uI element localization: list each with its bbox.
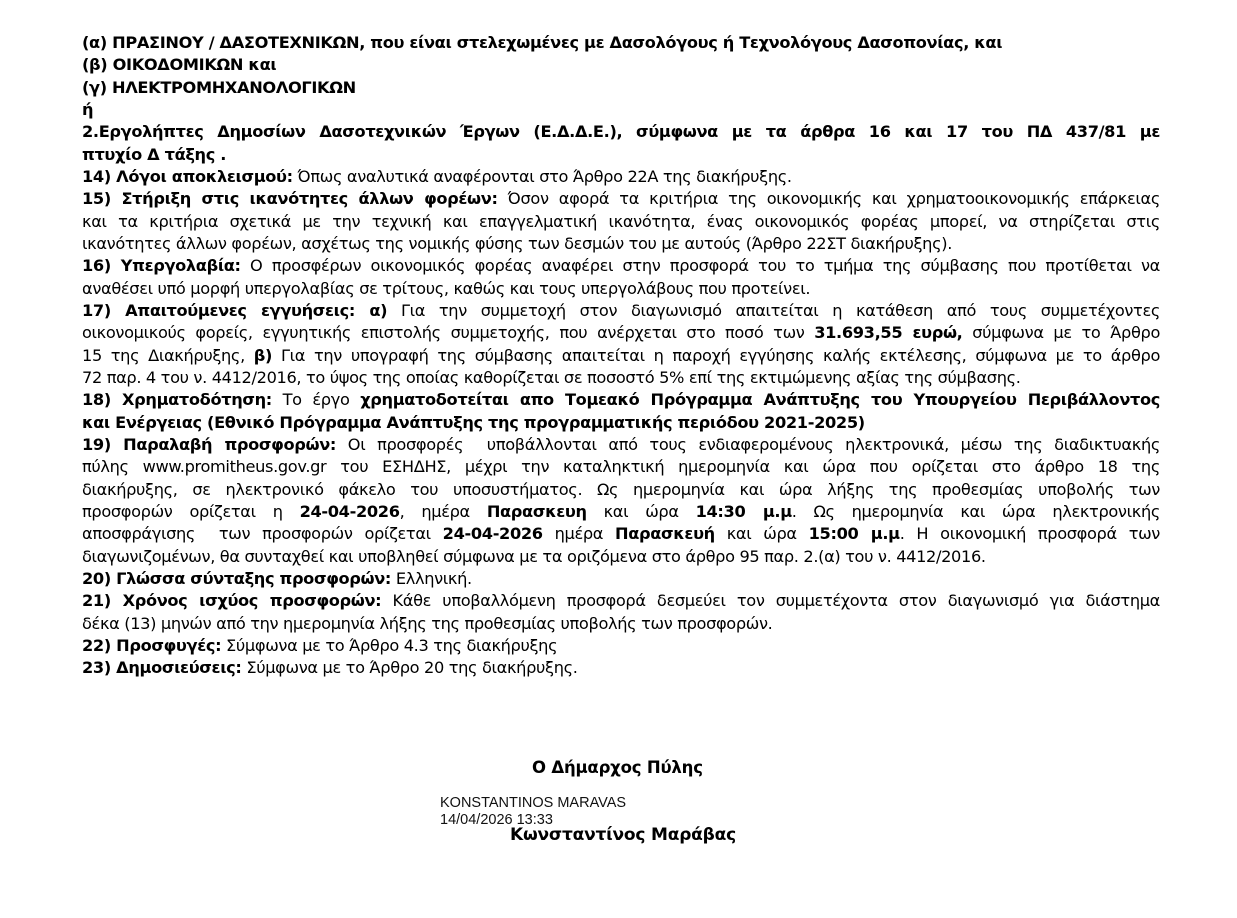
section-16-line1: 16) Υπεργολαβία: Ο προσφέρων οικονομικός… (82, 256, 1160, 276)
signatory-name: Κωνσταντίνος Μαράβας (510, 825, 736, 845)
contractors-paragraph-line1: 2.Εργολήπτες Δημοσίων Δασοτεχνικών Έργων… (82, 122, 1160, 142)
section-15-line2: και τα κριτήρια σχετικά με την τεχνική κ… (82, 212, 1160, 232)
section-19-text: , ημέρα (400, 502, 487, 521)
section-19-text: Οι προσφορές υποβάλλονται από τους ενδια… (336, 435, 1160, 454)
guarantee-amount: 31.693,55 ευρώ, (814, 323, 962, 342)
section-23-text: Σύμφωνα με το Άρθρο 20 της διακήρυξης. (242, 658, 578, 677)
section-17-text: Για την συμμετοχή στον διαγωνισμό απαιτε… (387, 301, 1160, 320)
opening-day: Παρασκευή (615, 524, 715, 543)
section-20-heading: 20) Γλώσσα σύνταξης προσφορών: (82, 569, 391, 588)
section-22-heading: 22) Προσφυγές: (82, 636, 221, 655)
section-19-text: και ώρα (715, 524, 809, 543)
section-16-heading: 16) Υπεργολαβία: (82, 256, 241, 275)
section-17-text: οικονομικούς φορείς, εγγυητικής επιστολή… (82, 323, 814, 342)
section-19-line3: διακήρυξης, σε ηλεκτρονικό φάκελο του υπ… (82, 480, 1160, 500)
submission-day: Παρασκευη (487, 502, 587, 521)
section-20-text: Ελληνική. (391, 569, 472, 588)
section-15-line1: 15) Στήριξη στις ικανότητες άλλων φορέων… (82, 189, 1160, 209)
category-building: (β) ΟΙΚΟΔΟΜΙΚΩΝ και (82, 55, 1160, 75)
digital-signature-stamp: KONSTANTINOS MARAVAS 14/04/2026 13:33 (440, 795, 626, 829)
section-17-line3: 15 της Διακήρυξης, β) Για την υπογραφή τ… (82, 346, 1160, 366)
section-22-text: Σύμφωνα με το Άρθρο 4.3 της διακήρυξης (221, 636, 557, 655)
section-16-text: Ο προσφέρων οικονομικός φορέας αναφέρει … (241, 256, 1160, 275)
document-page: (α) ΠΡΑΣΙΝΟΥ / ΔΑΣΟΤΕΧΝΙΚΩΝ, που είναι σ… (0, 0, 1237, 918)
signatory-title: Ο Δήμαρχος Πύλης (532, 758, 703, 777)
section-19-line5: αποσφράγισης των προσφορών ορίζεται 24-0… (82, 524, 1160, 544)
section-17-text: Για την υπογραφή της σύμβασης απαιτείται… (272, 346, 1160, 365)
section-23: 23) Δημοσιεύσεις: Σύμφωνα με το Άρθρο 20… (82, 658, 1160, 678)
section-18-text: Το έργο (272, 390, 360, 409)
section-19-text: και ώρα (587, 502, 696, 521)
section-19-line6: διαγωνιζομένων, θα συνταχθεί και υποβληθ… (82, 547, 1160, 567)
section-21-text: Κάθε υποβαλλόμενη προσφορά δεσμεύει τον … (381, 591, 1160, 610)
section-21-line1: 21) Χρόνος ισχύος προσφορών: Κάθε υποβαλ… (82, 591, 1160, 611)
section-23-heading: 23) Δημοσιεύσεις: (82, 658, 242, 677)
category-green-forestry: (α) ΠΡΑΣΙΝΟΥ / ΔΑΣΟΤΕΧΝΙΚΩΝ, που είναι σ… (82, 33, 1160, 53)
section-19-text: . Ως ημερομηνία και ώρα ηλεκτρονικής (792, 502, 1160, 521)
opening-date: 24-04-2026 (443, 524, 543, 543)
section-17-b-label: β) (254, 346, 272, 365)
section-14-text: Όπως αναλυτικά αναφέρονται στο Άρθρο 22Α… (293, 167, 792, 186)
section-19-text: ημέρα (543, 524, 615, 543)
signature-stamp-name: KONSTANTINOS MARAVAS (440, 795, 626, 812)
section-19-line4: προσφορών ορίζεται η 24-04-2026, ημέρα Π… (82, 502, 1160, 522)
section-17-text: σύμφωνα με το Άρθρο (962, 323, 1160, 342)
section-19-line1: 19) Παραλαβή προσφορών: Οι προσφορές υπο… (82, 435, 1160, 455)
section-20: 20) Γλώσσα σύνταξης προσφορών: Ελληνική. (82, 569, 1160, 589)
section-17-line2: οικονομικούς φορείς, εγγυητικής επιστολή… (82, 323, 1160, 343)
section-18-line2: και Ενέργειας (Εθνικό Πρόγραμμα Ανάπτυξη… (82, 413, 1160, 433)
category-electromechanical: (γ) ΗΛΕΚΤΡΟΜΗΧΑΝΟΛΟΓΙΚΩΝ (82, 78, 1160, 98)
section-19-text: προσφορών ορίζεται η (82, 502, 300, 521)
section-18-heading: 18) Χρηματοδότηση: (82, 390, 272, 409)
section-17-line1: 17) Απαιτούμενες εγγυήσεις: α) Για την σ… (82, 301, 1160, 321)
section-15-text: Όσον αφορά τα κριτήρια της οικονομικής κ… (498, 189, 1160, 208)
or-connector: ή (82, 100, 1160, 120)
funding-source: χρηματοδοτείται απο Τομεακό Πρόγραμμα Αν… (360, 390, 1160, 409)
section-17-text: 15 της Διακήρυξης, (82, 346, 254, 365)
section-21-heading: 21) Χρόνος ισχύος προσφορών: (82, 591, 381, 610)
section-19-line2: πύλης www.promitheus.gov.gr του ΕΣΗΔΗΣ, … (82, 457, 1160, 477)
section-16-line2: αναθέσει υπό μορφή υπεργολαβίας σε τρίτο… (82, 279, 1160, 299)
section-14: 14) Λόγοι αποκλεισμού: Όπως αναλυτικά αν… (82, 167, 1160, 187)
section-18-line1: 18) Χρηματοδότηση: Το έργο χρηματοδοτείτ… (82, 390, 1160, 410)
section-19-text: αποσφράγισης των προσφορών ορίζεται (82, 524, 443, 543)
submission-date: 24-04-2026 (300, 502, 400, 521)
section-17-line4: 72 παρ. 4 του ν. 4412/2016, το ύψος της … (82, 368, 1160, 388)
section-15-line3: ικανότητες άλλων φορέων, ασχέτως της νομ… (82, 234, 1160, 254)
section-17-a-label: α) (355, 301, 387, 320)
submission-time: 14:30 μ.μ (696, 502, 792, 521)
section-14-heading: 14) Λόγοι αποκλεισμού: (82, 167, 293, 186)
section-17-heading: 17) Απαιτούμενες εγγυήσεις: (82, 301, 355, 320)
section-19-heading: 19) Παραλαβή προσφορών: (82, 435, 336, 454)
contractors-paragraph-line2: πτυχίο Δ τάξης . (82, 145, 1160, 165)
section-21-line2: δέκα (13) μηνών από την ημερομηνία λήξης… (82, 614, 1160, 634)
section-22: 22) Προσφυγές: Σύμφωνα με το Άρθρο 4.3 τ… (82, 636, 1160, 656)
opening-time: 15:00 μ.μ (809, 524, 900, 543)
section-19-text: . Η οικονομική προσφορά των (900, 524, 1160, 543)
section-15-heading: 15) Στήριξη στις ικανότητες άλλων φορέων… (82, 189, 498, 208)
